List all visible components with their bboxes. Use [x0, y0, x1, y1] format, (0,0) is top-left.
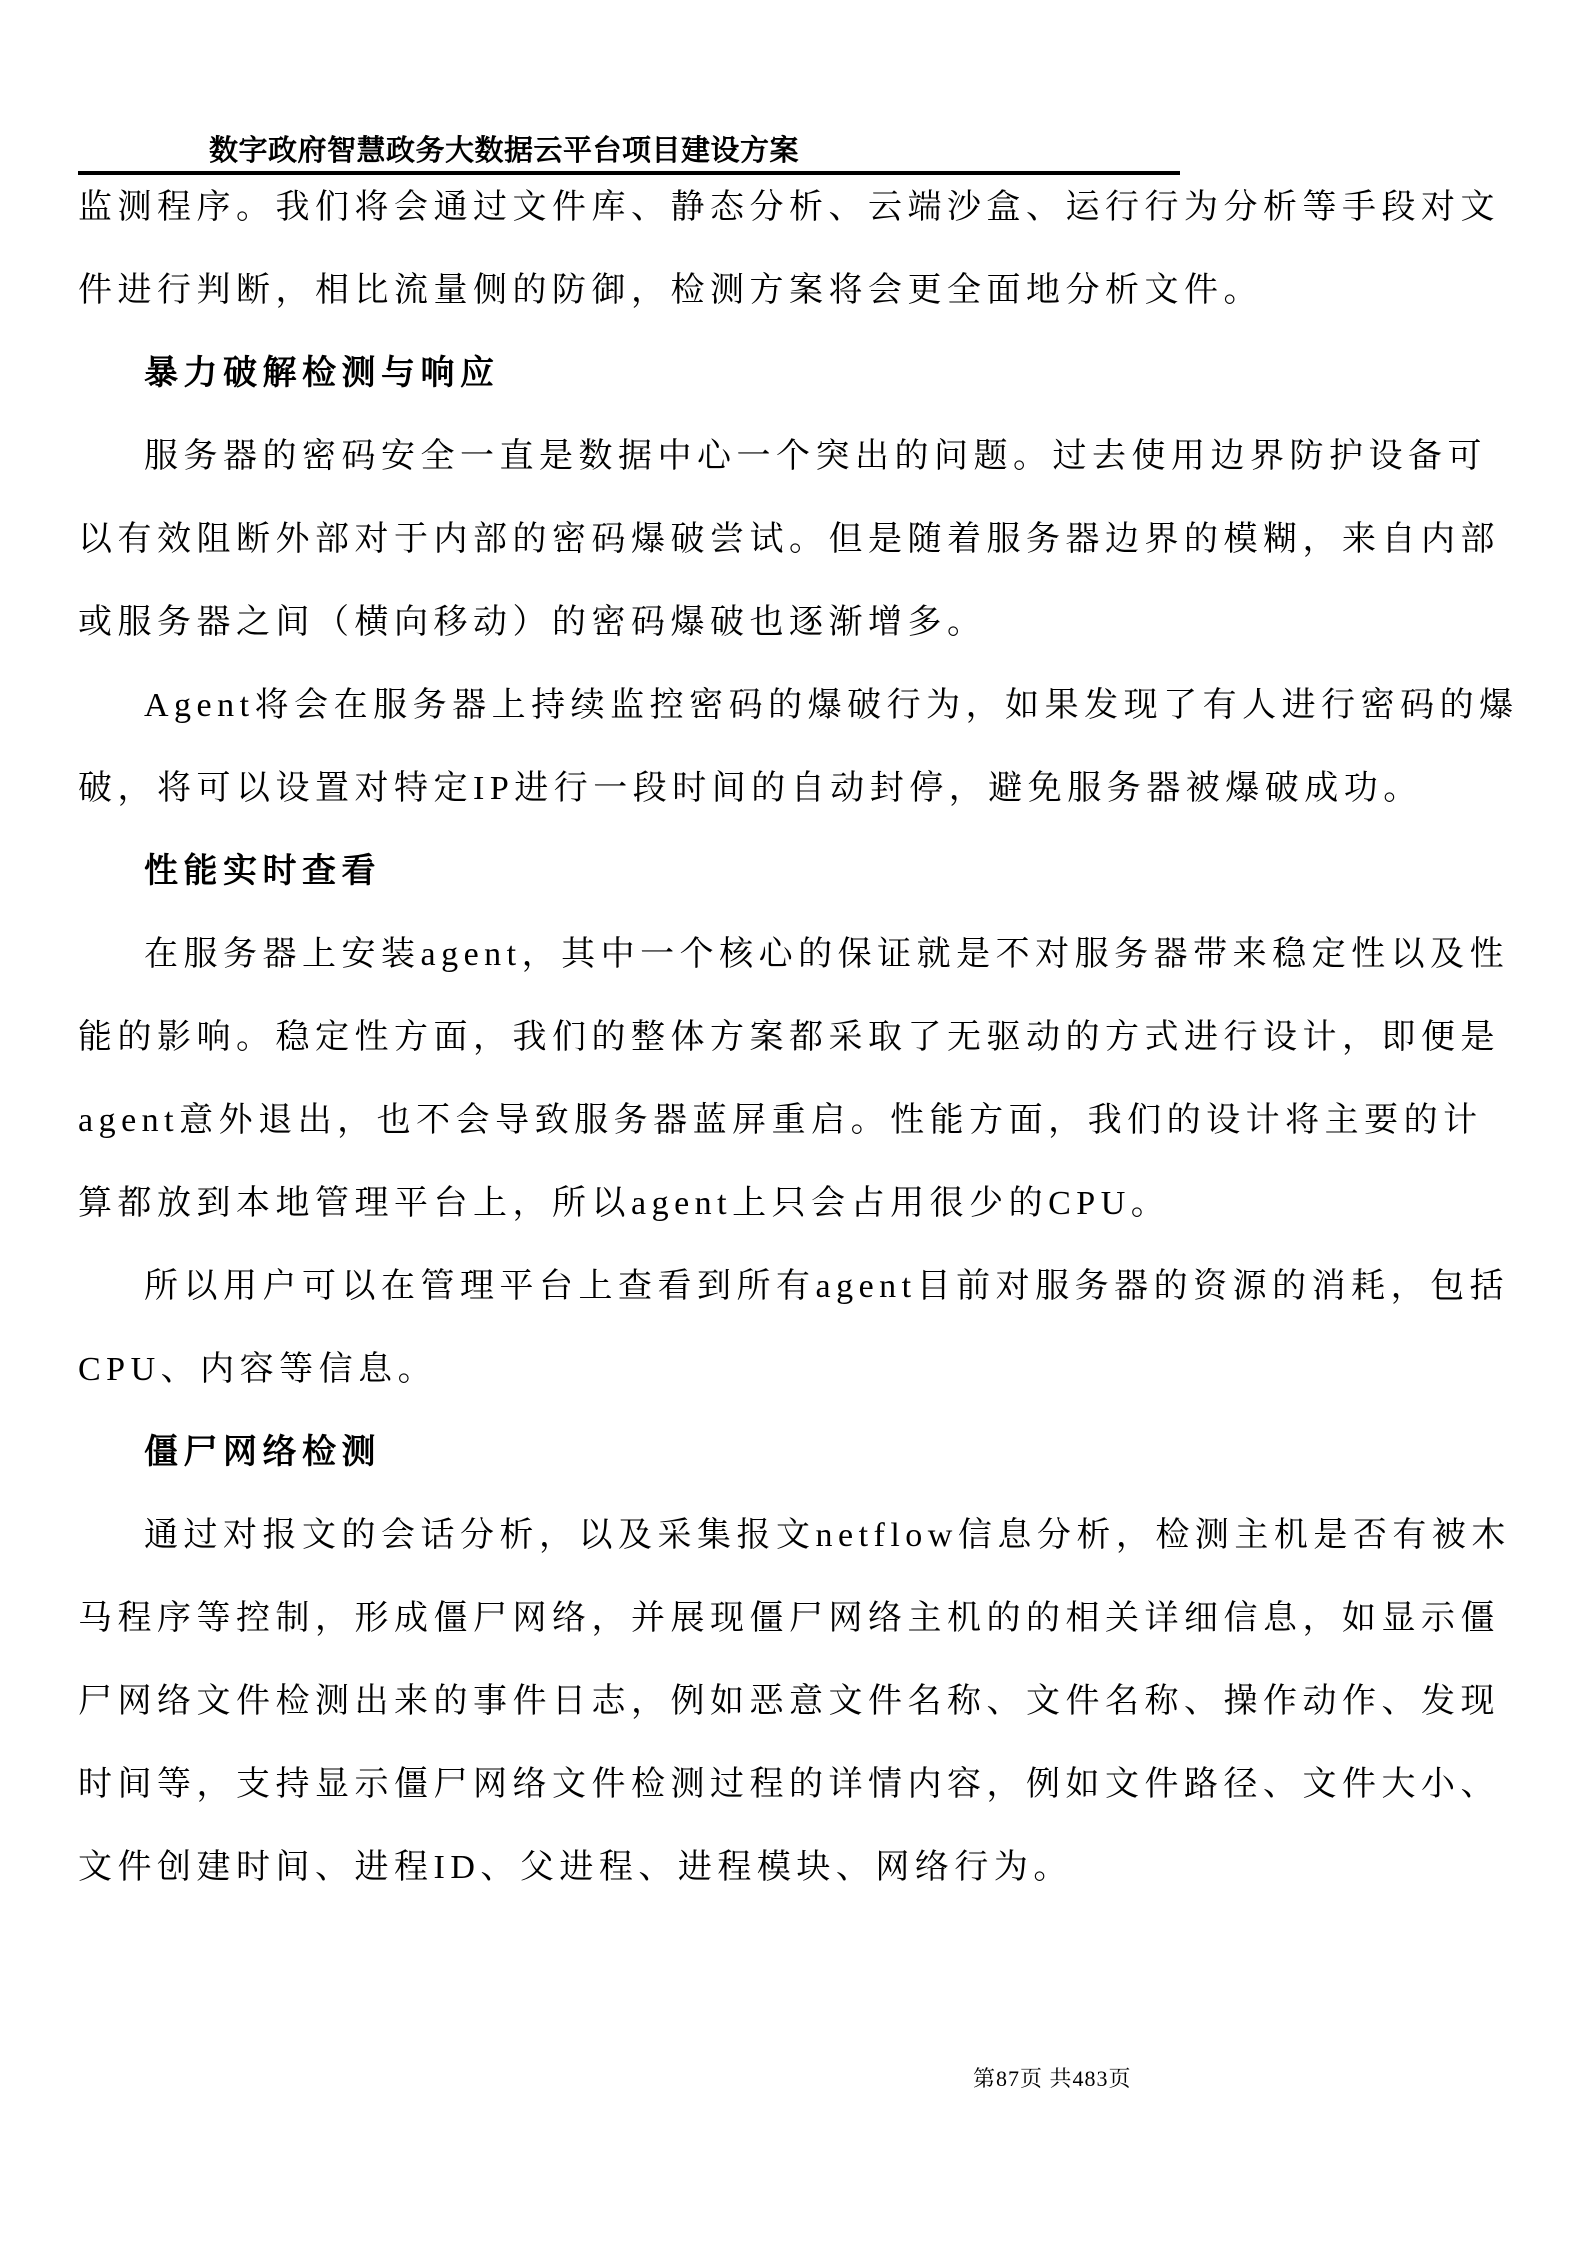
- body-line: 服务器的密码安全一直是数据中心一个突出的问题。过去使用边界防护设备可: [78, 415, 1510, 498]
- body-line: Agent将会在服务器上持续监控密码的爆破行为，如果发现了有人进行密码的爆: [78, 664, 1510, 747]
- section-heading: 性能实时查看: [78, 830, 1510, 913]
- body-line: 马程序等控制，形成僵尸网络，并展现僵尸网络主机的的相关详细信息，如显示僵: [78, 1577, 1510, 1660]
- body-line: 时间等，支持显示僵尸网络文件检测过程的详情内容，例如文件路径、文件大小、: [78, 1743, 1510, 1826]
- body-line: 在服务器上安装agent，其中一个核心的保证就是不对服务器带来稳定性以及性: [78, 913, 1510, 996]
- document-body: 监测程序。我们将会通过文件库、静态分析、云端沙盒、运行行为分析等手段对文件进行判…: [78, 166, 1510, 1909]
- body-line: 通过对报文的会话分析，以及采集报文netflow信息分析，检测主机是否有被木: [78, 1494, 1510, 1577]
- section-heading: 僵尸网络检测: [78, 1411, 1510, 1494]
- page-footer: 第87页 共483页: [973, 2062, 1132, 2093]
- body-line: 件进行判断，相比流量侧的防御，检测方案将会更全面地分析文件。: [78, 249, 1510, 332]
- body-line: 或服务器之间（横向移动）的密码爆破也逐渐增多。: [78, 581, 1510, 664]
- body-line: 能的影响。稳定性方面，我们的整体方案都采取了无驱动的方式进行设计，即便是: [78, 996, 1510, 1079]
- section-heading: 暴力破解检测与响应: [78, 332, 1510, 415]
- body-line: 以有效阻断外部对于内部的密码爆破尝试。但是随着服务器边界的模糊，来自内部: [78, 498, 1510, 581]
- body-line: 监测程序。我们将会通过文件库、静态分析、云端沙盒、运行行为分析等手段对文: [78, 166, 1510, 249]
- body-line: 尸网络文件检测出来的事件日志，例如恶意文件名称、文件名称、操作动作、发现: [78, 1660, 1510, 1743]
- body-line: agent意外退出，也不会导致服务器蓝屏重启。性能方面，我们的设计将主要的计: [78, 1079, 1510, 1162]
- body-line: 算都放到本地管理平台上，所以agent上只会占用很少的CPU。: [78, 1162, 1510, 1245]
- page-number: 第87页 共483页: [973, 2066, 1132, 2091]
- document-page: 数字政府智慧政务大数据云平台项目建设方案 监测程序。我们将会通过文件库、静态分析…: [0, 0, 1587, 2245]
- body-line: 破，将可以设置对特定IP进行一段时间的自动封停，避免服务器被爆破成功。: [78, 747, 1510, 830]
- page-header-title: 数字政府智慧政务大数据云平台项目建设方案: [209, 128, 799, 169]
- body-line: CPU、内容等信息。: [78, 1328, 1510, 1411]
- body-line: 文件创建时间、进程ID、父进程、进程模块、网络行为。: [78, 1826, 1510, 1909]
- body-line: 所以用户可以在管理平台上查看到所有agent目前对服务器的资源的消耗，包括: [78, 1245, 1510, 1328]
